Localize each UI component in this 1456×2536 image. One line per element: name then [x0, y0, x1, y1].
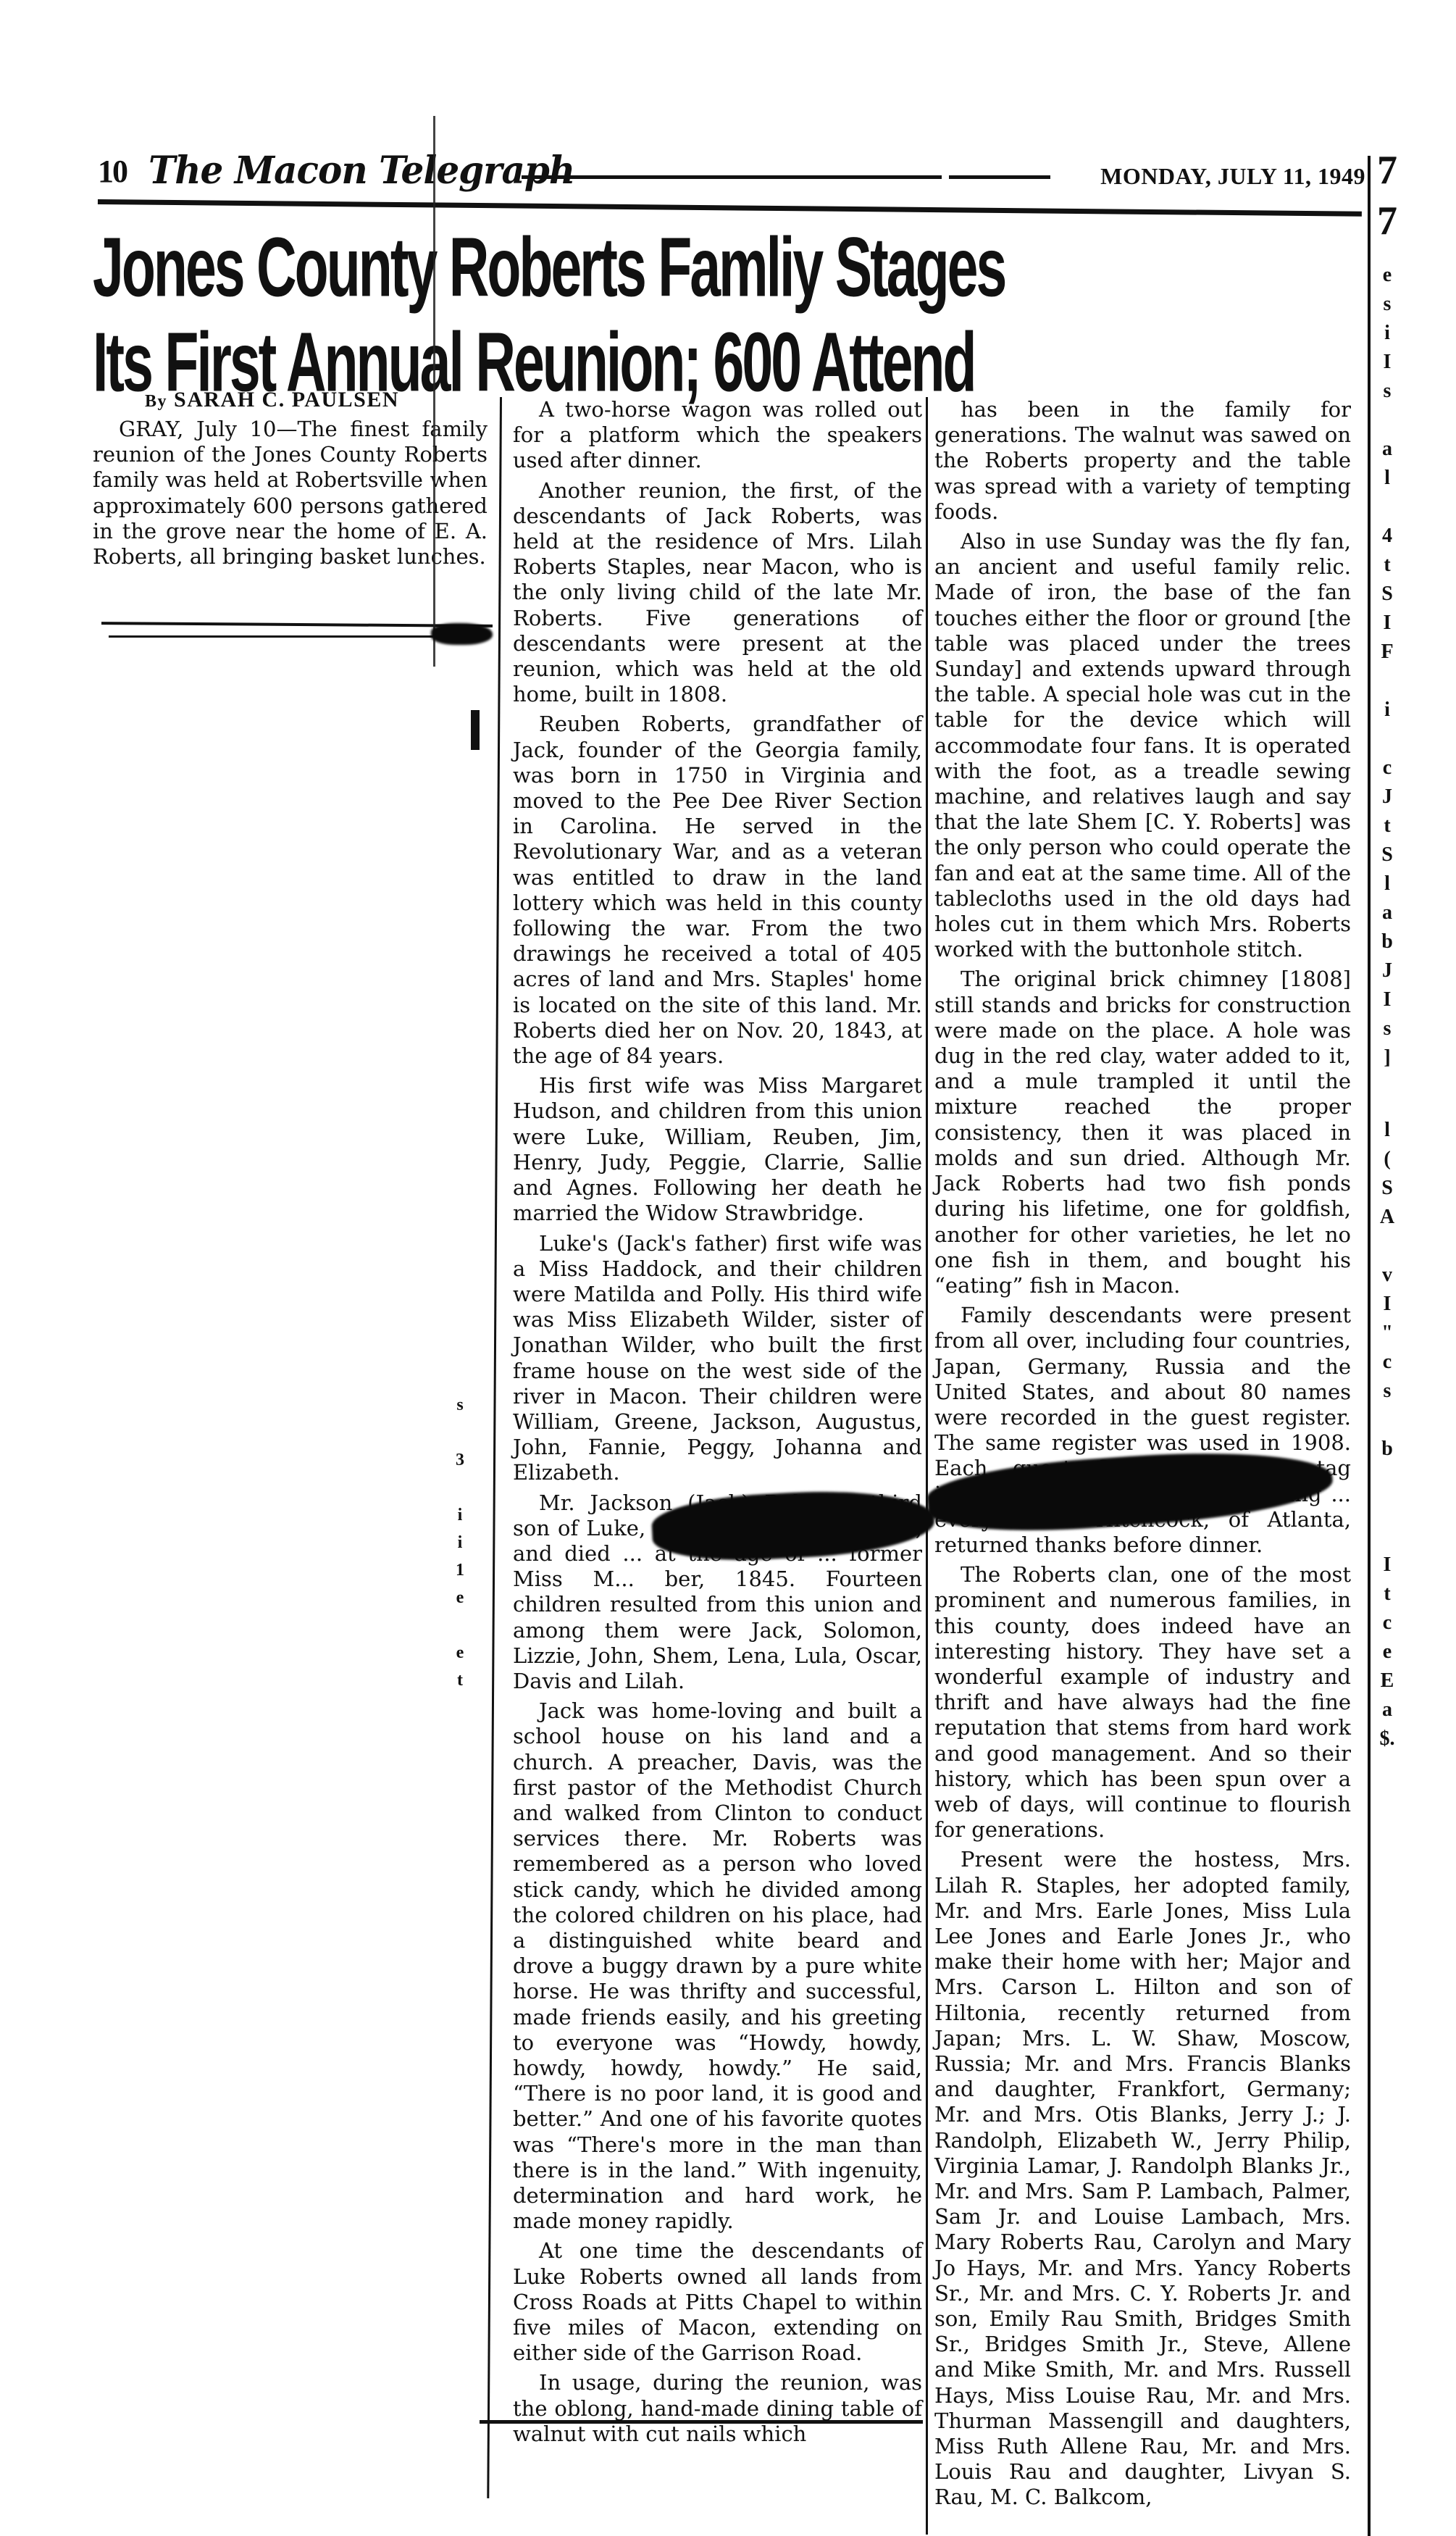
headline: Jones County Roberts Famliy Stages Its F…	[93, 219, 972, 409]
masthead-rule-right	[949, 175, 1050, 179]
paragraph: In usage, during the reunion, was the ob…	[513, 2370, 922, 2447]
ink-smudge-lead	[431, 623, 493, 645]
adjacent-column-fragment: e s i I s a l 4 t S I F i c J t S l a b …	[1376, 261, 1398, 1072]
column-2-end-rule	[480, 2420, 923, 2424]
paragraph: Also in use Sunday was the fly fan, an a…	[934, 529, 1351, 962]
adjacent-column-fragment-top: 7 7	[1376, 145, 1398, 246]
paragraph: Present were the hostess, Mrs. Lilah R. …	[934, 1847, 1351, 2510]
paragraph: Luke's (Jack's father) first wife was a …	[513, 1231, 922, 1486]
masthead: 10 The Macon Telegraph MONDAY, JULY 11, …	[98, 149, 1380, 199]
paragraph: The original brick chimney [1808] still …	[934, 967, 1351, 1298]
lead-end-rule-2	[109, 635, 485, 638]
page-border-right	[1368, 156, 1371, 2536]
paragraph: Another reunion, the first, of the desce…	[513, 478, 922, 708]
paragraph: His first wife was Miss Margaret Hudson,…	[513, 1073, 922, 1226]
article-column-2: A two-horse wagon was rolled out for a p…	[513, 397, 922, 2447]
adjacent-column-fragment-lower: l ( S A v I " c s b I t c e E a $.	[1376, 1087, 1398, 1753]
byline-prefix: By	[145, 392, 167, 411]
lead-paragraph: GRAY, July 10—The finest family reunion …	[93, 417, 488, 570]
byline-author: SARAH C. PAULSEN	[174, 388, 399, 412]
left-margin-fragment: s 3 i i 1 e e t	[449, 1391, 471, 1694]
paragraph: has been in the family for generations. …	[934, 397, 1351, 525]
column-divider-1	[487, 397, 502, 2498]
byline: By SARAH C. PAULSEN	[145, 388, 399, 412]
paragraph: Jack was home-loving and built a school …	[513, 1698, 922, 2234]
newspaper-name: The Macon Telegraph	[148, 148, 574, 193]
headline-line-1: Jones County Roberts Famliy Stages	[93, 219, 972, 314]
margin-mark	[471, 710, 480, 750]
page-number: 10	[98, 153, 127, 190]
paragraph: Reuben Roberts, grandfather of Jack, fou…	[513, 712, 922, 1069]
article-column-3: has been in the family for generations. …	[934, 397, 1351, 2511]
paragraph: The Roberts clan, one of the most promin…	[934, 1562, 1351, 1843]
masthead-underline	[98, 199, 1362, 217]
paragraph: A two-horse wagon was rolled out for a p…	[513, 397, 922, 474]
masthead-rule-left	[522, 175, 942, 179]
publication-date: MONDAY, JULY 11, 1949	[1100, 163, 1365, 190]
fold-crease	[433, 116, 435, 667]
paragraph: At one time the descendants of Luke Robe…	[513, 2238, 922, 2366]
article-column-1: GRAY, July 10—The finest family reunion …	[93, 417, 488, 570]
column-divider-2	[926, 397, 928, 2535]
